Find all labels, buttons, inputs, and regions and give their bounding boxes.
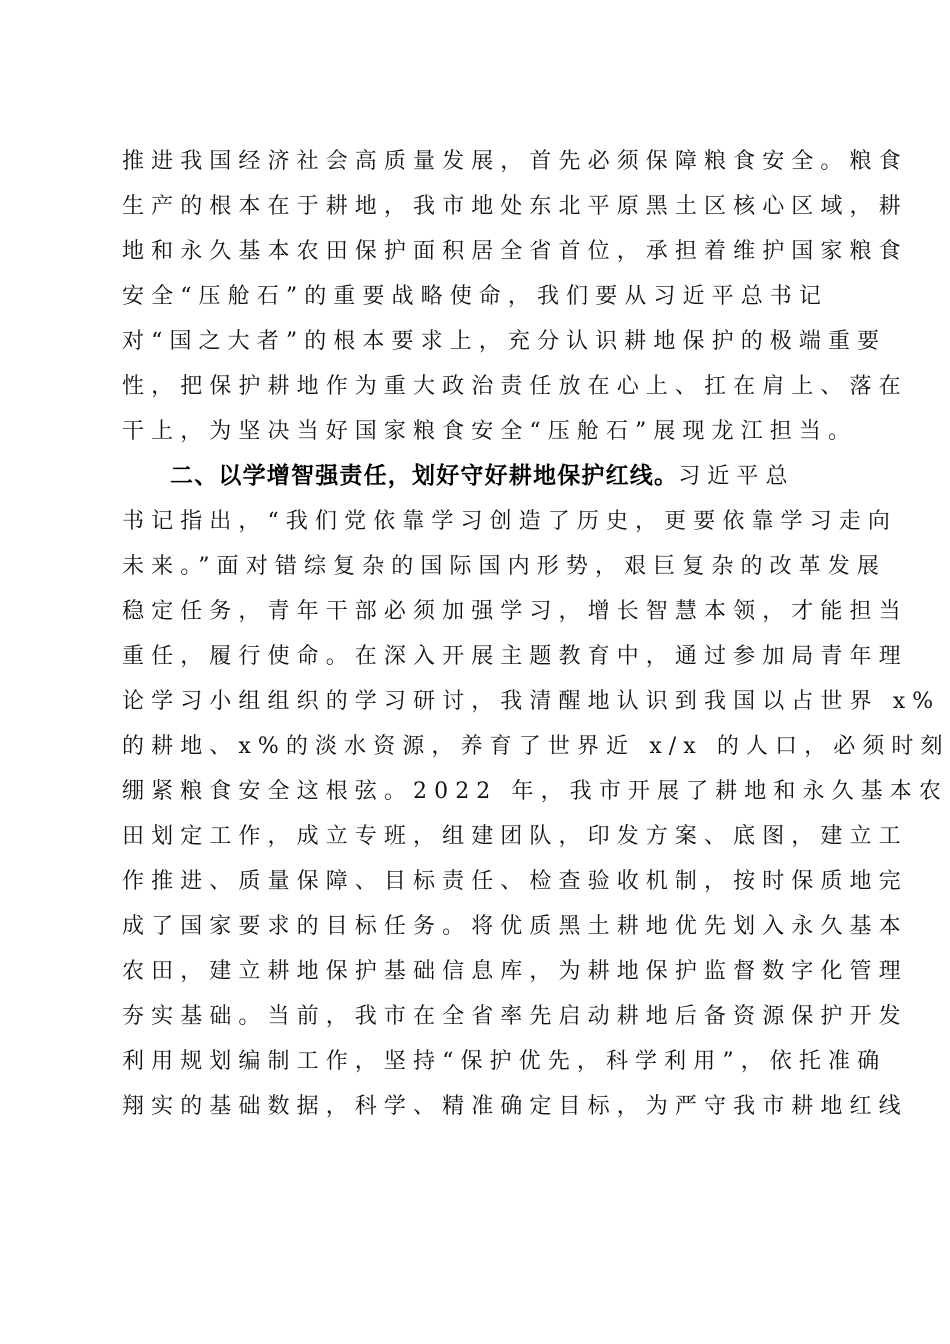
text-line: 作推进、质量保障、目标责任、检查验收机制，按时保质地完	[122, 859, 832, 904]
text-line: 未来。”面对错综复杂的国际国内形势，艰巨复杂的改革发展	[122, 544, 832, 589]
text-line: 性，把保护耕地作为重大政治责任放在心上、扛在肩上、落在	[122, 364, 832, 409]
text-line: 绷紧粮食安全这根弦。2022 年，我市开展了耕地和永久基本农	[122, 769, 832, 814]
text-line: 稳定任务，青年干部必须加强学习，增长智慧本领，才能担当	[122, 589, 832, 634]
document-body: 推进我国经济社会高质量发展，首先必须保障粮食安全。粮食 生产的根本在于耕地，我市…	[122, 139, 832, 1129]
text-line: 安全“压舱石”的重要战略使命，我们要从习近平总书记	[122, 274, 832, 319]
text-line: 书记指出，“我们党依靠学习创造了历史，更要依靠学习走向	[122, 499, 832, 544]
text-line: 成了国家要求的目标任务。将优质黑土耕地优先划入永久基本	[122, 904, 832, 949]
text-line: 对“国之大者”的根本要求上，充分认识耕地保护的极端重要	[122, 319, 832, 364]
text-line: 生产的根本在于耕地，我市地处东北平原黑土区核心区域，耕	[122, 184, 832, 229]
document-page: 推进我国经济社会高质量发展，首先必须保障粮食安全。粮食 生产的根本在于耕地，我市…	[0, 0, 950, 1344]
section-heading-line: 二、以学增智强责任，划好守好耕地保护红线。习近平总	[122, 454, 832, 499]
paragraph-2: 二、以学增智强责任，划好守好耕地保护红线。习近平总 书记指出，“我们党依靠学习创…	[122, 454, 832, 1129]
text-line: 利用规划编制工作，坚持“保护优先，科学利用”，依托准确	[122, 1039, 832, 1084]
text-line: 干上，为坚决当好国家粮食安全“压舱石”展现龙江担当。	[122, 409, 832, 454]
text-line: 论学习小组组织的学习研讨，我清醒地认识到我国以占世界 x%	[122, 679, 832, 724]
heading-line-tail: 习近平总	[678, 464, 794, 489]
text-line: 重任，履行使命。在深入开展主题教育中，通过参加局青年理	[122, 634, 832, 679]
text-line: 农田，建立耕地保护基础信息库，为耕地保护监督数字化管理	[122, 949, 832, 994]
text-line: 的耕地、x%的淡水资源，养育了世界近 x/x 的人口，必须时刻	[122, 724, 832, 769]
text-line: 地和永久基本农田保护面积居全省首位，承担着维护国家粮食	[122, 229, 832, 274]
text-line: 翔实的基础数据，科学、精准确定目标，为严守我市耕地红线	[122, 1084, 832, 1129]
text-line: 田划定工作，成立专班，组建团队，印发方案、底图，建立工	[122, 814, 832, 859]
text-line: 推进我国经济社会高质量发展，首先必须保障粮食安全。粮食	[122, 139, 832, 184]
text-line: 夯实基础。当前，我市在全省率先启动耕地后备资源保护开发	[122, 994, 832, 1039]
section-heading: 二、以学增智强责任，划好守好耕地保护红线。	[170, 463, 678, 489]
paragraph-1: 推进我国经济社会高质量发展，首先必须保障粮食安全。粮食 生产的根本在于耕地，我市…	[122, 139, 832, 454]
